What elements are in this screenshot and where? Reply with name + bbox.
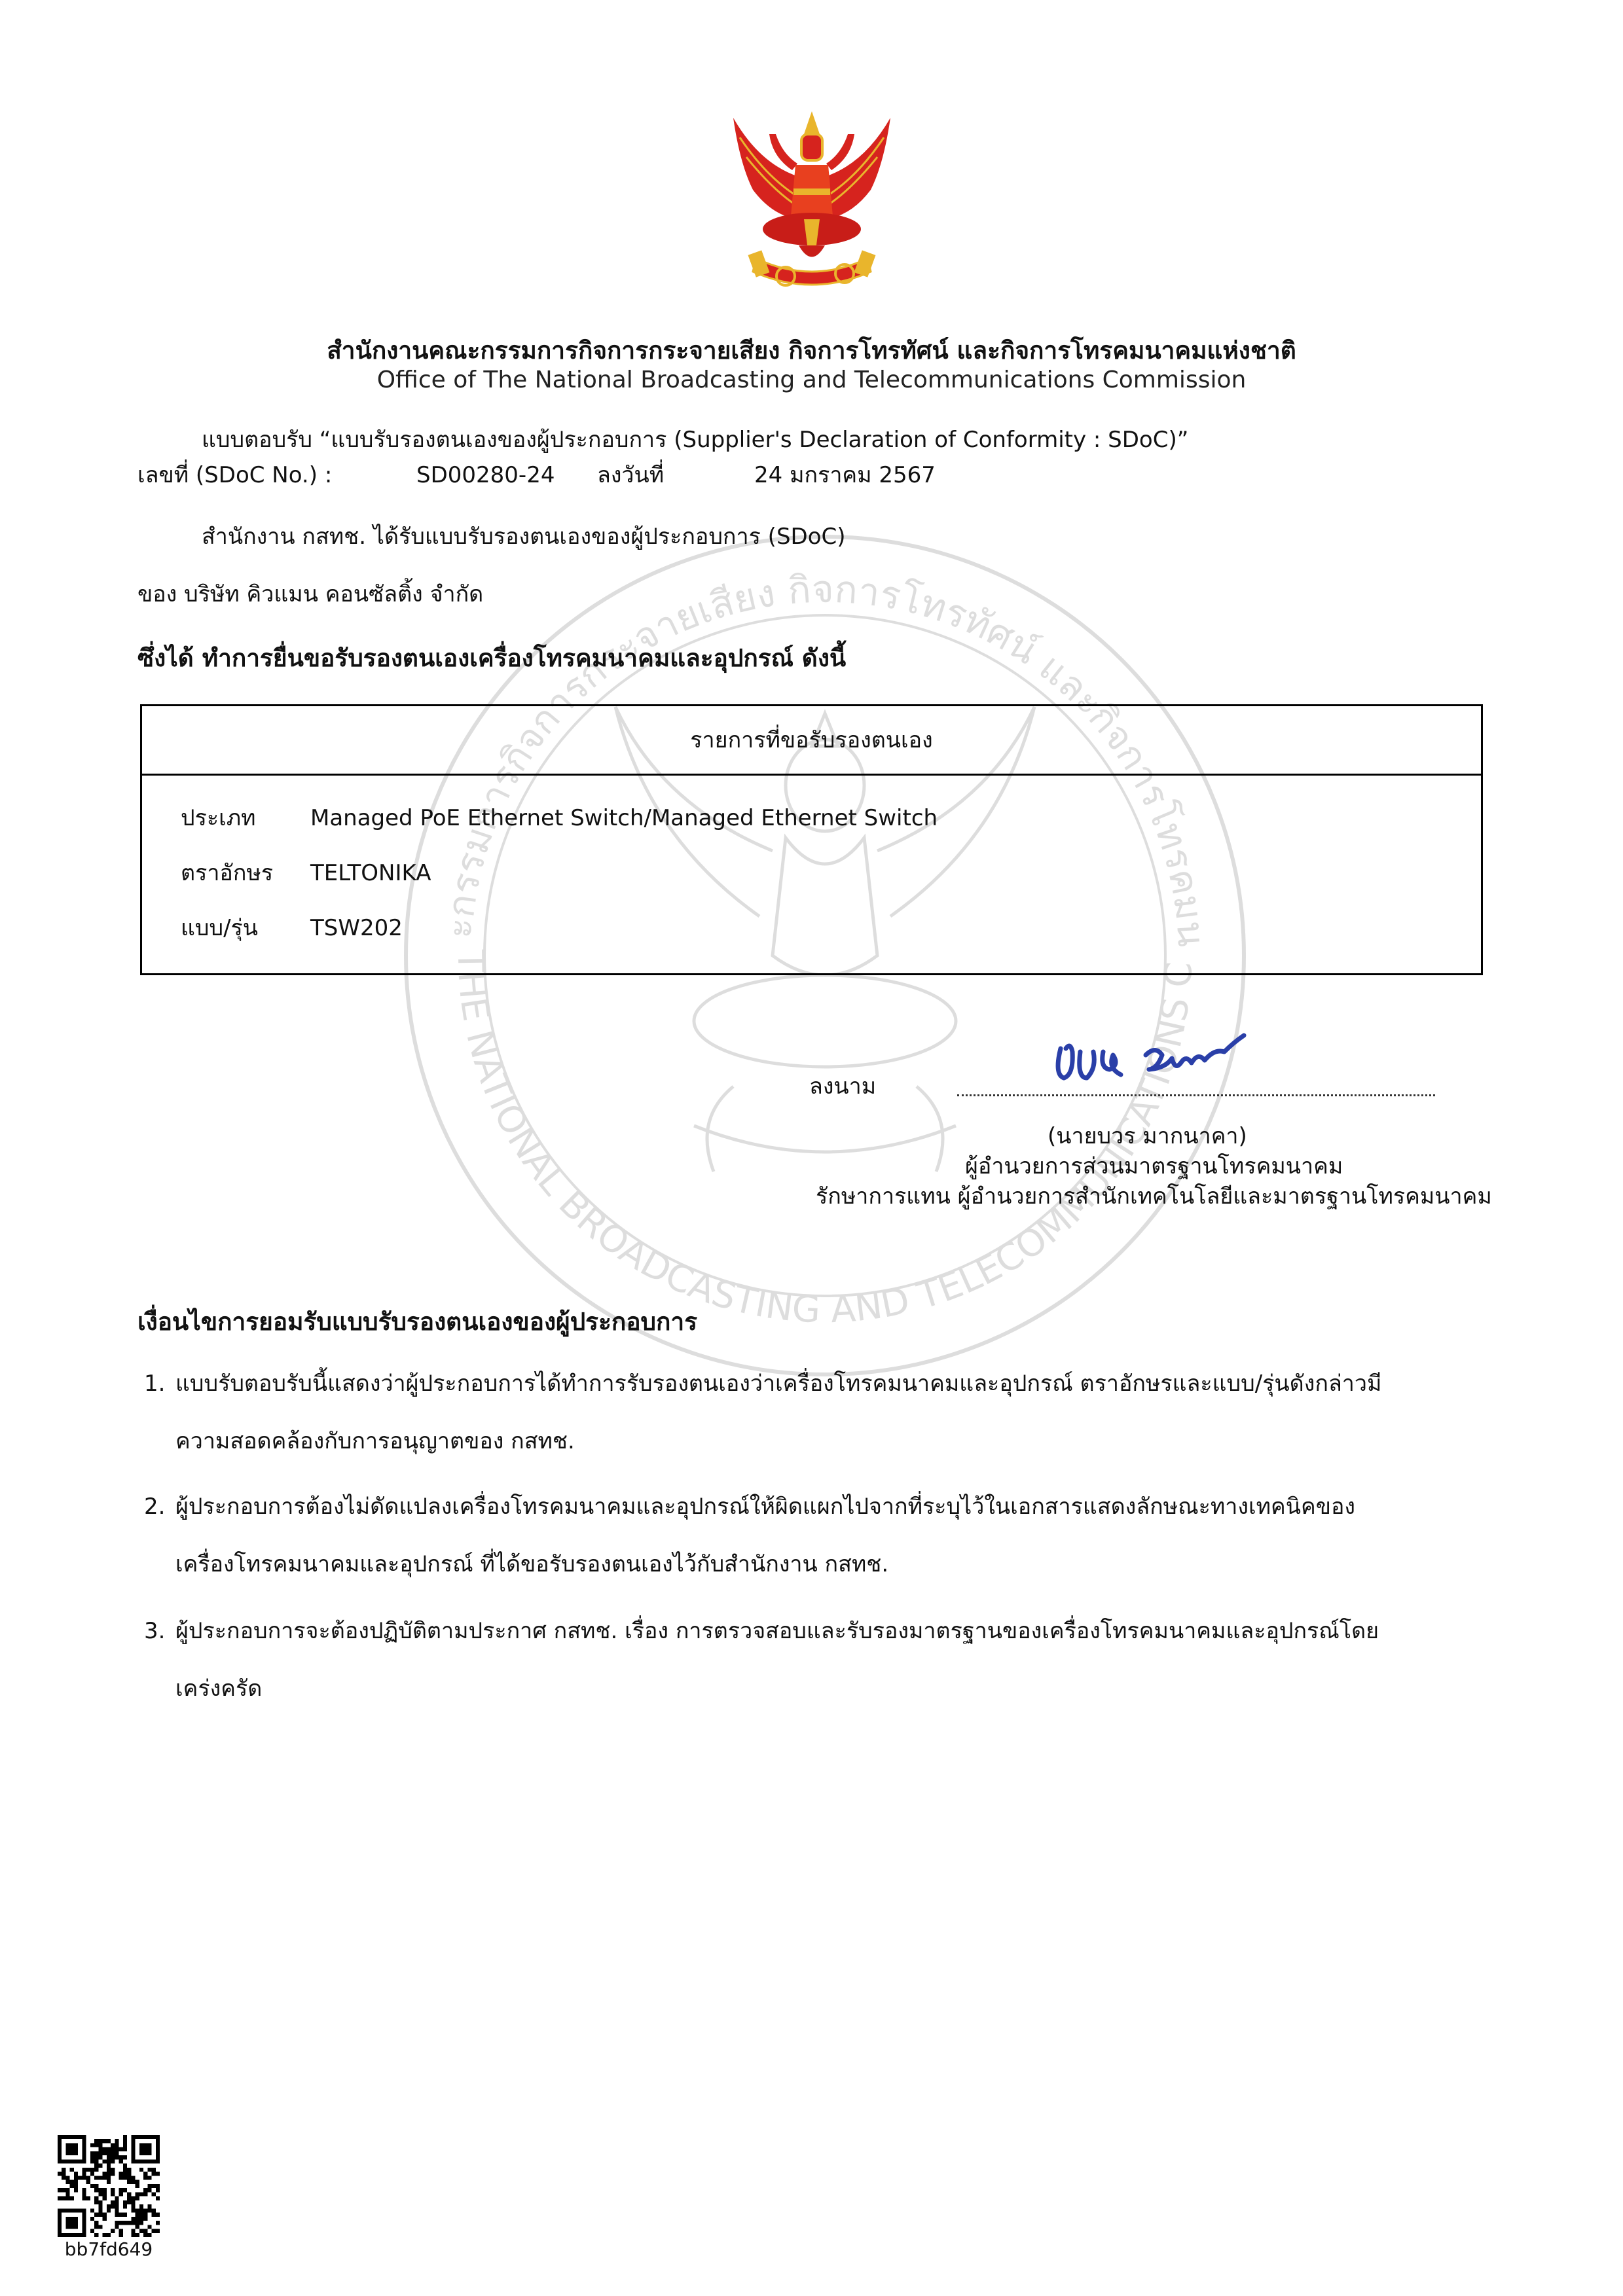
condition-3-line-1: ผู้ประกอบการจะต้องปฏิบัติตามประกาศ กสทช.… xyxy=(175,1618,1379,1644)
condition-2-line-2: เครื่องโทรคมนาคมและอุปกรณ์ ที่ได้ขอรับรอ… xyxy=(175,1551,888,1577)
table-row-type: ประเภท Managed PoE Ethernet Switch/Manag… xyxy=(181,805,938,831)
signature-line xyxy=(957,1094,1435,1096)
received-statement: สำนักงาน กสทช. ได้รับแบบรับรองตนเองของผู… xyxy=(202,524,846,550)
sdoc-number-label: เลขที่ (SDoC No.) : xyxy=(137,462,332,488)
condition-number: 3. xyxy=(144,1618,165,1644)
agency-name-thai: สำนักงานคณะกรรมการกิจการกระจายเสียง กิจก… xyxy=(0,331,1623,370)
table-row-brand: ตราอักษร TELTONIKA xyxy=(181,860,431,886)
date-label: ลงวันที่ xyxy=(597,462,664,488)
submission-heading: ซึ่งได้ ทำการยื่นขอรับรองตนเองเครื่องโทร… xyxy=(137,639,846,677)
garuda-emblem-icon xyxy=(720,105,903,301)
conditions-heading: เงื่อนไขการยอมรับแบบรับรองตนเองของผู้ประ… xyxy=(137,1302,697,1341)
signer-position: ผู้อำนวยการส่วนมาตรฐานโทรคมนาคม xyxy=(965,1153,1343,1179)
condition-1-line-1: แบบรับตอบรับนี้แสดงว่าผู้ประกอบการได้ทำก… xyxy=(175,1371,1381,1397)
signer-name: (นายบวร มากนาคา) xyxy=(1048,1123,1247,1149)
row-label: แบบ/รุ่น xyxy=(181,915,310,941)
sdoc-number: SD00280-24 xyxy=(416,462,555,488)
row-value: TELTONIKA xyxy=(310,860,431,886)
condition-1-line-2: ความสอดคล้องกับการอนุญาตของ กสทช. xyxy=(175,1428,575,1454)
signature-image xyxy=(1048,1022,1257,1094)
signer-acting-position: รักษาการแทน ผู้อำนวยการสำนักเทคโนโลยีและ… xyxy=(816,1183,1492,1210)
reply-title: แบบตอบรับ “แบบรับรองตนเองของผู้ประกอบการ… xyxy=(202,427,1188,453)
row-label: ตราอักษร xyxy=(181,860,310,886)
agency-name-english: Office of The National Broadcasting and … xyxy=(0,367,1623,393)
company-name: ของ บริษัท คิวแมน คอนซัลติ้ง จำกัด xyxy=(137,581,483,607)
condition-number: 2. xyxy=(144,1494,165,1520)
row-value: Managed PoE Ethernet Switch/Managed Ethe… xyxy=(310,805,938,831)
date-value: 24 มกราคม 2567 xyxy=(754,462,936,488)
row-value: TSW202 xyxy=(310,915,403,941)
condition-number: 1. xyxy=(144,1371,165,1397)
qr-code-caption: bb7fd649 xyxy=(56,2238,161,2260)
items-table-header: รายการที่ขอรับรองตนเอง xyxy=(142,706,1481,776)
condition-2-line-1: ผู้ประกอบการต้องไม่ดัดแปลงเครื่องโทรคมนา… xyxy=(175,1494,1355,1520)
table-row-model: แบบ/รุ่น TSW202 xyxy=(181,915,403,941)
row-label: ประเภท xyxy=(181,805,310,831)
qr-code-icon[interactable] xyxy=(56,2135,161,2237)
condition-3-line-2: เคร่งครัด xyxy=(175,1676,262,1702)
signature-label: ลงนาม xyxy=(809,1073,876,1100)
